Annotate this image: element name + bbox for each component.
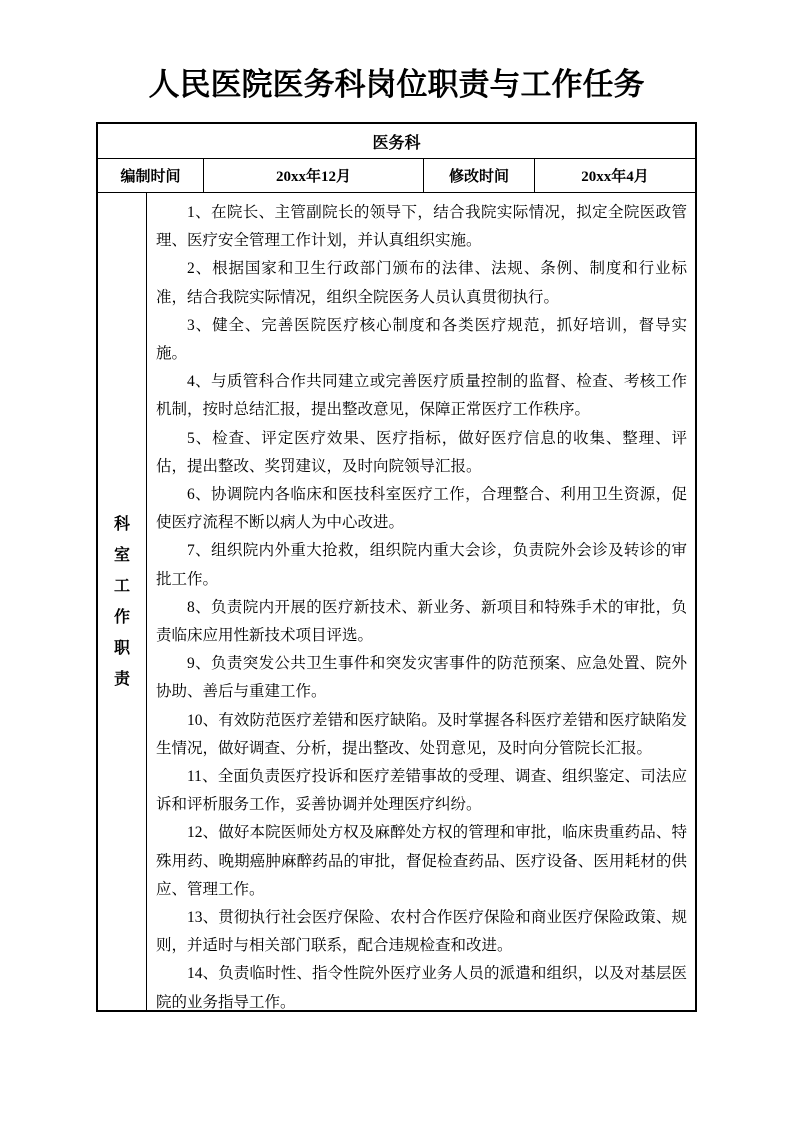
duty-item: 3、健全、完善医院医疗核心制度和各类医疗规范，抓好培训，督导实施。 [156, 312, 687, 368]
page-title: 人民医院医务科岗位职责与工作任务 [0, 66, 793, 105]
department-header-row: 医务科 [98, 124, 695, 159]
duty-item: 5、检查、评定医疗效果、医疗指标，做好医疗信息的收集、整理、评估，提出整改、奖罚… [156, 425, 687, 481]
document-page: 人民医院医务科岗位职责与工作任务 医务科 编制时间 20xx年12月 修改时间 … [0, 0, 793, 1122]
duty-item: 14、负责临时性、指令性院外医疗业务人员的派遣和组织，以及对基层医院的业务指导工… [156, 960, 687, 1011]
duty-item: 10、有效防范医疗差错和医疗缺陷。及时掌握各科医疗差错和医疗缺陷发生情况，做好调… [156, 707, 687, 763]
duty-item: 12、做好本院医师处方权及麻醉处方权的管理和审批，临床贵重药品、特殊用药、晚期癌… [156, 819, 687, 904]
duties-body-row: 科室工作职责 1、在院长、主管副院长的领导下，结合我院实际情况，拟定全院医政管理… [98, 193, 695, 1011]
duty-item: 8、负责院内开展的医疗新技术、新业务、新项目和特殊手术的审批，负责临床应用性新技… [156, 594, 687, 650]
duties-table: 医务科 编制时间 20xx年12月 修改时间 20xx年4月 科室工作职责 1、… [96, 122, 697, 1012]
created-time-value: 20xx年12月 [204, 159, 424, 192]
created-time-label: 编制时间 [98, 159, 204, 192]
duty-item: 4、与质管科合作共同建立或完善医疗质量控制的监督、检查、考核工作机制，按时总结汇… [156, 368, 687, 424]
section-label-cell: 科室工作职责 [98, 193, 147, 1011]
duties-list: 1、在院长、主管副院长的领导下，结合我院实际情况，拟定全院医政管理、医疗安全管理… [147, 193, 695, 1011]
duty-item: 13、贯彻执行社会医疗保险、农村合作医疗保险和商业医疗保险政策、规则，并适时与相… [156, 904, 687, 960]
meta-row: 编制时间 20xx年12月 修改时间 20xx年4月 [98, 159, 695, 193]
duty-item: 7、组织院内外重大抢救，组织院内重大会诊，负责院外会诊及转诊的审批工作。 [156, 537, 687, 593]
modified-time-label: 修改时间 [424, 159, 535, 192]
duty-item: 1、在院长、主管副院长的领导下，结合我院实际情况，拟定全院医政管理、医疗安全管理… [156, 199, 687, 255]
duty-item: 2、根据国家和卫生行政部门颁布的法律、法规、条例、制度和行业标准，结合我院实际情… [156, 255, 687, 311]
modified-time-value: 20xx年4月 [535, 159, 695, 192]
duty-item: 6、协调院内各临床和医技科室医疗工作，合理整合、利用卫生资源，促使医疗流程不断以… [156, 481, 687, 537]
duty-item: 11、全面负责医疗投诉和医疗差错事故的受理、调查、组织鉴定、司法应诉和评析服务工… [156, 763, 687, 819]
duty-item: 9、负责突发公共卫生事件和突发灾害事件的防范预案、应急处置、院外协助、善后与重建… [156, 650, 687, 706]
section-label: 科室工作职责 [114, 509, 131, 695]
department-name: 医务科 [372, 130, 420, 153]
